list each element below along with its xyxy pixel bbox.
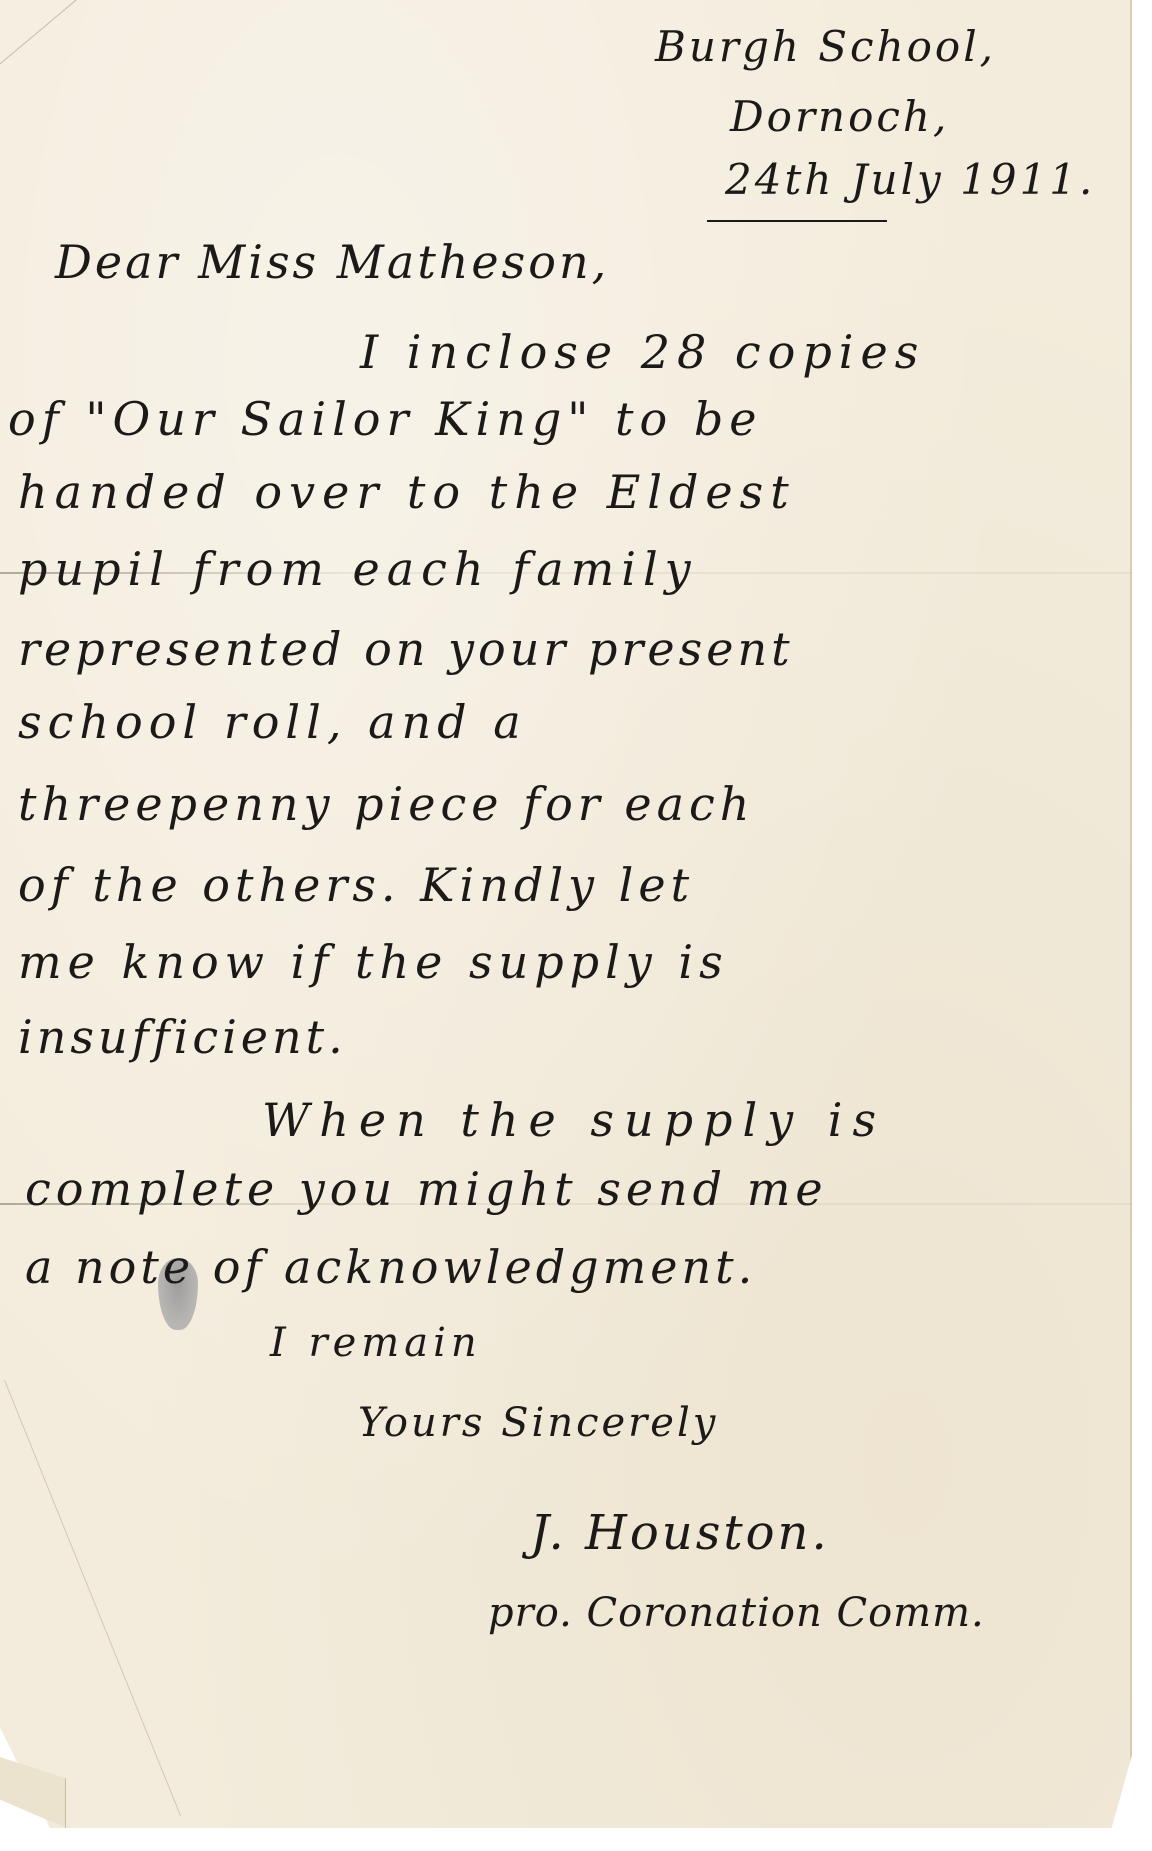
signature: J. Houston. [530, 1505, 830, 1561]
closing-yours: Yours Sincerely [358, 1400, 718, 1446]
body-line: I inclose 28 copies [360, 325, 925, 379]
date-underline [707, 220, 887, 222]
signature-title: pro. Coronation Comm. [488, 1590, 985, 1636]
salutation: Dear Miss Matheson, [55, 235, 609, 289]
body-line: handed over to the Eldest [18, 465, 796, 519]
body-line: represented on your present [18, 622, 794, 676]
closing-remain: I remain [270, 1320, 482, 1366]
body-line: me know if the supply is [18, 935, 729, 989]
body-line: of "Our Sailor King" to be [8, 392, 763, 446]
body-line: pupil from each family [18, 542, 698, 596]
body-line: a note of acknowledgment. [25, 1240, 756, 1294]
letter-date: 24th July 1911. [725, 155, 1095, 204]
body-line: insufficient. [18, 1010, 347, 1064]
address-line-school: Burgh School, [655, 22, 996, 71]
body-line: threepenny piece for each [18, 777, 754, 831]
body-line: of the others. Kindly let [18, 858, 694, 912]
body-line: complete you might send me [25, 1162, 828, 1216]
address-line-town: Dornoch, [730, 92, 949, 141]
body-line: When the supply is [262, 1093, 886, 1147]
body-line: school roll, and a [18, 695, 527, 749]
